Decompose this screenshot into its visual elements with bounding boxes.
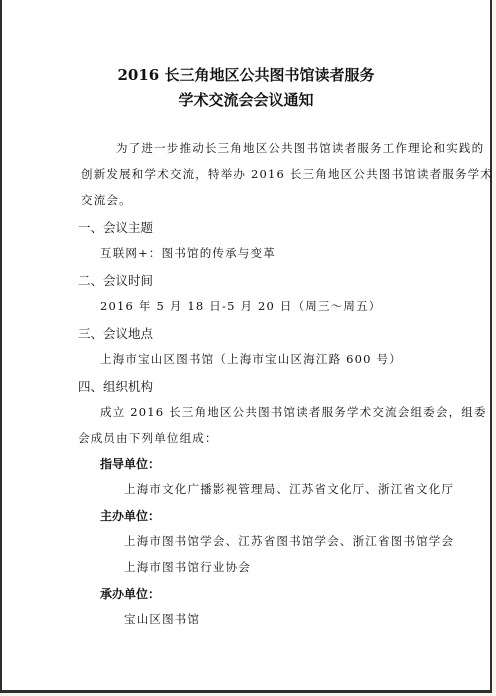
section-heading-time: 二、会议时间 bbox=[78, 271, 153, 289]
section-content-venue: 上海市宝山区图书馆（上海市宝山区海江路 600 号） bbox=[100, 351, 402, 367]
host-unit-label: 主办单位： bbox=[100, 507, 160, 524]
section-content-theme: 互联网+：图书馆的传承与变革 bbox=[100, 245, 276, 261]
host-unit-line1: 上海市图书馆学会、江苏省图书馆学会、浙江省图书馆学会 bbox=[124, 533, 454, 549]
document-title-line2: 学术交流会会议通知 bbox=[2, 89, 490, 110]
host-unit-line2: 上海市图书馆行业协会 bbox=[124, 559, 251, 575]
intro-line1: 为了进一步推动长三角地区公共图书馆读者服务工作理论和实践的 bbox=[116, 140, 484, 156]
section-content-time: 2016 年 5 月 18 日-5 月 20 日（周三～周五） bbox=[100, 298, 382, 314]
section-content-organization-line2: 会成员由下列单位组成： bbox=[78, 430, 218, 446]
document-page: 2016 长三角地区公共图书馆读者服务 学术交流会会议通知 为了进一步推动长三角… bbox=[0, 0, 492, 693]
section-content-organization-line1: 成立 2016 长三角地区公共图书馆读者服务学术交流会组委会，组委 bbox=[100, 404, 487, 420]
guiding-unit-label: 指导单位： bbox=[100, 455, 160, 472]
guiding-unit-line1: 上海市文化广播影视管理局、江苏省文化厅、浙江省文化厅 bbox=[124, 481, 454, 497]
section-heading-organization: 四、组织机构 bbox=[78, 377, 153, 395]
document-title-line1: 2016 长三角地区公共图书馆读者服务 bbox=[2, 64, 490, 85]
intro-line3: 交流会。 bbox=[81, 192, 132, 208]
section-heading-theme: 一、会议主题 bbox=[78, 218, 153, 236]
section-heading-venue: 三、会议地点 bbox=[78, 324, 153, 342]
organizer-unit-label: 承办单位： bbox=[100, 585, 160, 602]
intro-line2: 创新发展和学术交流，特举办 2016 长三角地区公共图书馆读者服务学术 bbox=[81, 166, 493, 182]
organizer-unit-line1: 宝山区图书馆 bbox=[124, 611, 200, 627]
